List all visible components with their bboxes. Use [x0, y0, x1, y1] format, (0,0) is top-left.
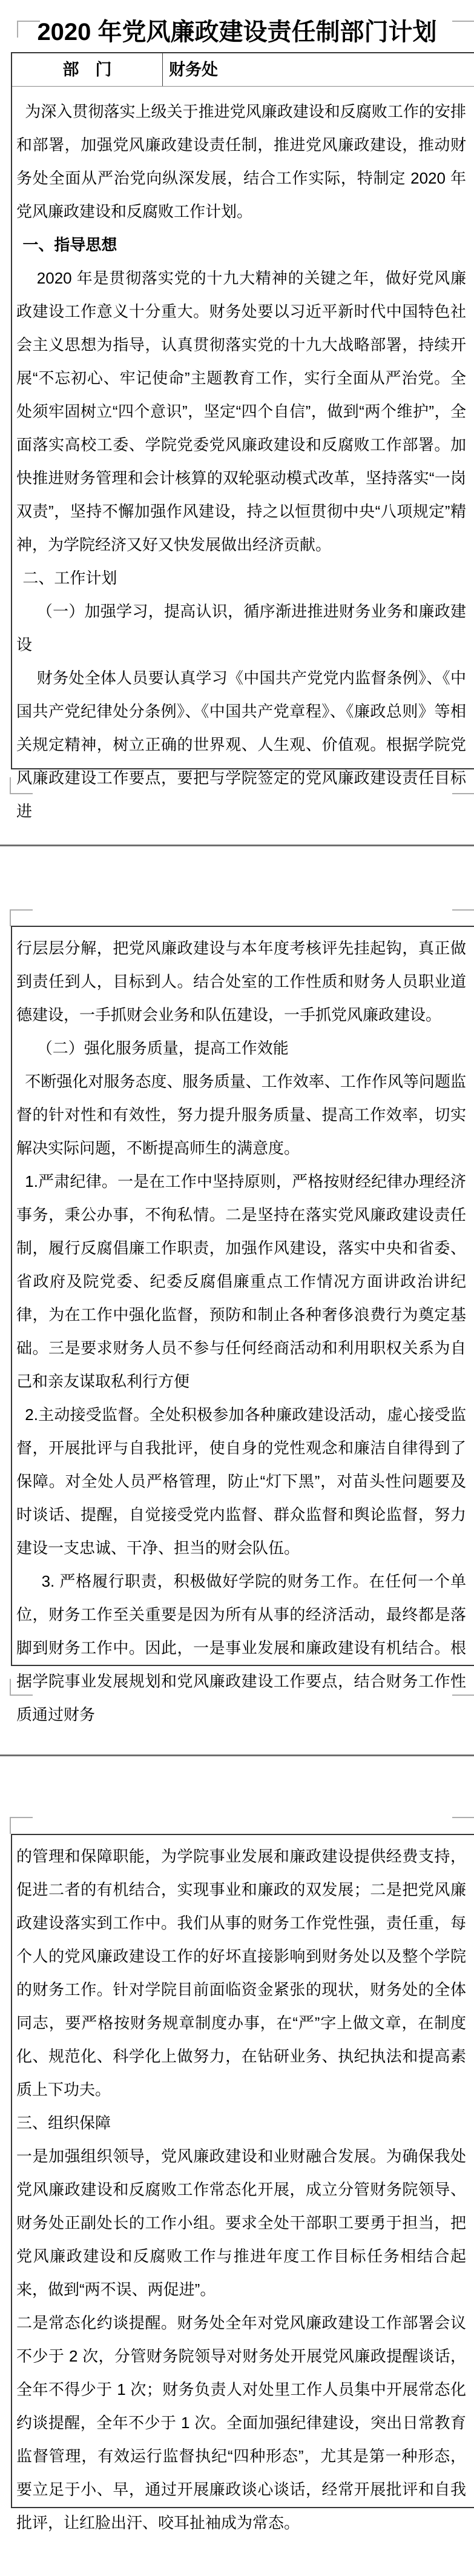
document-body-page-2[interactable]: 行层层分解，把党风廉政建设与本年度考核评先挂起钩，真正做到责任到人，目标到人。结… — [12, 927, 474, 1731]
document-canvas: 2020 年党风廉政建设责任制部门计划 部 门 财务处 为深入贯彻落实上级关于推… — [0, 0, 474, 2576]
text-boundary-mark — [10, 909, 33, 926]
document-body-page-3[interactable]: 的管理和保障职能，为学院事业发展和廉政建设提供经费支持，促进二者的有机结合，实现… — [12, 1835, 474, 2540]
heading-section-2[interactable]: （二）强化服务质量，提高工作效能 — [16, 1032, 466, 1065]
page-2: 行层层分解，把党风廉政建设与本年度考核评先挂起钩，真正做到责任到人，目标到人。结… — [0, 848, 474, 1754]
paragraph-study-continued[interactable]: 行层层分解，把党风廉政建设与本年度考核评先挂起钩，真正做到责任到人，目标到人。结… — [16, 932, 466, 1032]
paragraph-duties[interactable]: 3. 严格履行职责，积极做好学院的财务工作。在任何一个单位，财务工作至关重要是因… — [16, 1565, 466, 1731]
paragraph-service-quality[interactable]: 不断强化对服务态度、服务质量、工作效率、工作作风等问题监督的针对性和有效性，努力… — [16, 1065, 466, 1165]
paragraph-supervision[interactable]: 2.主动接受监督。全处积极参加各种廉政建设活动，虚心接受监督，开展批评与自我批评… — [16, 1398, 466, 1565]
paragraph-intro[interactable]: 为深入贯彻落实上级关于推进党风廉政建设和反腐败工作的安排和部署，加强党风廉政建设… — [16, 95, 466, 228]
paragraph-duties-continued[interactable]: 的管理和保障职能，为学院事业发展和廉政建设提供经费支持，促进二者的有机结合，实现… — [16, 1840, 466, 2106]
paragraph-guiding-ideology[interactable]: 2020 年是贯彻落实党的十九大精神的关键之年，做好党风廉政建设工作意义十分重大… — [16, 262, 466, 562]
document-title[interactable]: 2020 年党风廉政建设责任制部门计划 — [0, 16, 474, 48]
heading-organizational-support[interactable]: 三、组织保障 — [16, 2106, 466, 2140]
heading-guiding-ideology[interactable]: 一、指导思想 — [16, 228, 466, 262]
paragraph-study[interactable]: 财务处全体人员要认真学习《中国共产党党内监督条例》、《中国共产党纪律处分条例》、… — [16, 662, 466, 828]
page-1: 2020 年党风廉政建设责任制部门计划 部 门 财务处 为深入贯彻落实上级关于推… — [0, 0, 474, 846]
plan-table-continued-2: 的管理和保障职能，为学院事业发展和廉政建设提供经费支持，促进二者的有机结合，实现… — [11, 1834, 474, 2508]
plan-table: 部 门 财务处 为深入贯彻落实上级关于推进党风廉政建设和反腐败工作的安排和部署，… — [11, 52, 474, 769]
plan-table-continued: 行层层分解，把党风廉政建设与本年度考核评先挂起钩，真正做到责任到人，目标到人。结… — [11, 926, 474, 1666]
text-boundary-mark — [452, 909, 474, 926]
department-header-row: 部 门 财务处 — [12, 53, 474, 87]
page-break-line — [0, 1754, 474, 1756]
department-value-cell[interactable]: 财务处 — [163, 53, 474, 86]
paragraph-leadership[interactable]: 一是加强组织领导，党风廉政建设和业财融合发展。为确保我处党风廉政建设和反腐败工作… — [16, 2140, 466, 2306]
document-body-page-1[interactable]: 为深入贯彻落实上级关于推进党风廉政建设和反腐败工作的安排和部署，加强党风廉政建设… — [12, 87, 474, 828]
heading-section-1[interactable]: （一）加强学习，提高认识，循序渐进推进财务业务和廉政建设 — [16, 595, 466, 662]
text-boundary-mark — [10, 1817, 33, 1834]
paragraph-discipline[interactable]: 1.严肃纪律。一是在工作中坚持原则，严格按财经纪律办理经济事务，秉公办事，不徇私… — [16, 1165, 466, 1398]
text-boundary-mark — [452, 1817, 474, 1834]
paragraph-regular-reminders[interactable]: 二是常态化约谈提醒。财务处全年对党风廉政建设工作部署会议不少于 2 次，分管财务… — [16, 2306, 466, 2540]
department-label-cell[interactable]: 部 门 — [12, 53, 163, 86]
heading-work-plan[interactable]: 二、工作计划 — [16, 562, 466, 595]
page-3: 的管理和保障职能，为学院事业发展和廉政建设提供经费支持，促进二者的有机结合，实现… — [0, 1758, 474, 2576]
page-break-line — [0, 845, 474, 846]
